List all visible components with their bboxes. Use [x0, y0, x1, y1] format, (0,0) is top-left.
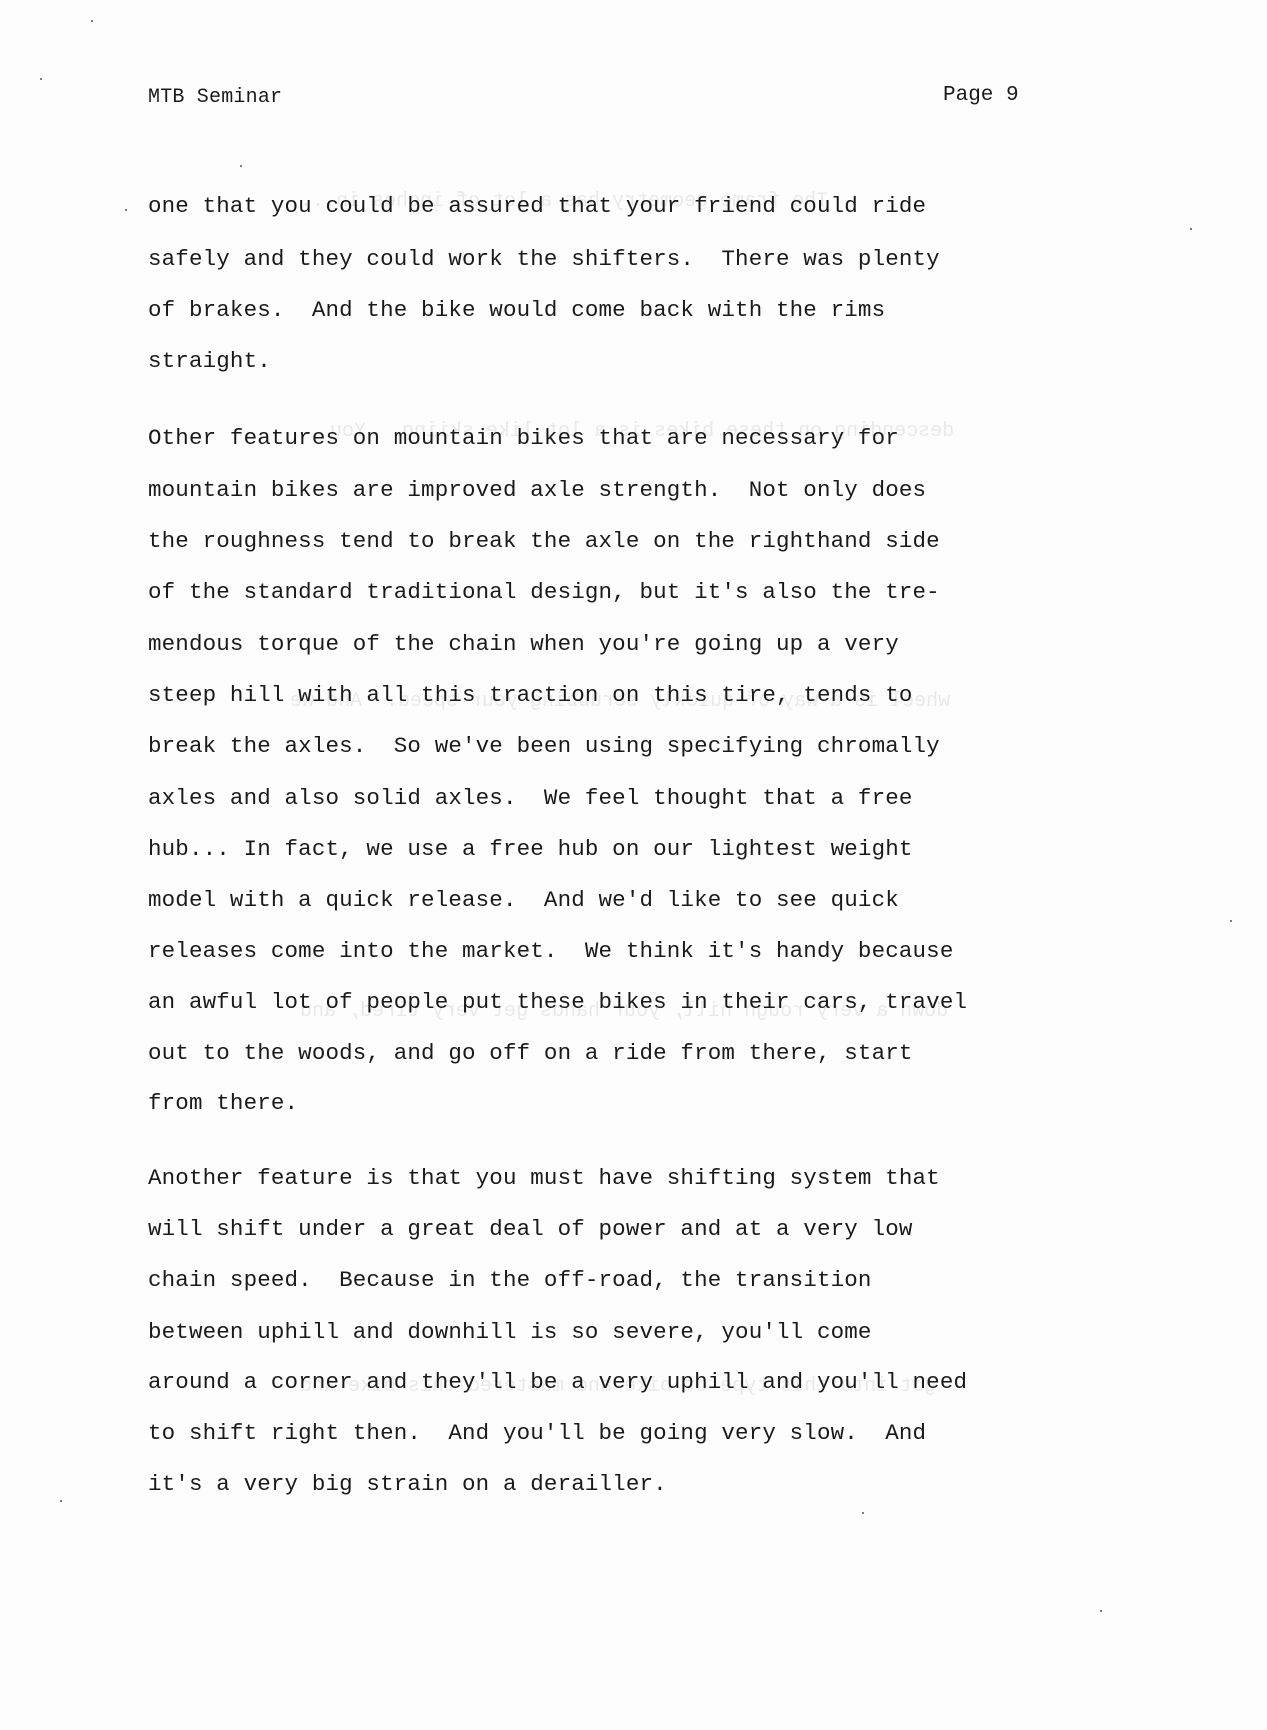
- scan-speck: [60, 1500, 62, 1502]
- text-line: chain speed. Because in the off-road, th…: [148, 1267, 872, 1293]
- text-line: it's a very big strain on a derailler.: [148, 1471, 667, 1497]
- page-number: Page 9: [943, 84, 1019, 107]
- scan-speck: [862, 1512, 864, 1514]
- scan-speck: [91, 20, 93, 22]
- text-line: model with a quick release. And we'd lik…: [148, 887, 899, 913]
- text-line: break the axles. So we've been using spe…: [148, 733, 940, 759]
- scan-speck: [1100, 1610, 1102, 1612]
- text-line: to shift right then. And you'll be going…: [148, 1420, 926, 1446]
- text-line: the roughness tend to break the axle on …: [148, 528, 940, 554]
- text-line: straight.: [148, 348, 271, 374]
- scan-speck: [40, 78, 42, 80]
- document-title: MTB Seminar: [148, 86, 282, 109]
- text-line: out to the woods, and go off on a ride f…: [148, 1040, 913, 1066]
- text-line: around a corner and they'll be a very up…: [148, 1369, 967, 1395]
- text-line: hub... In fact, we use a free hub on our…: [148, 836, 913, 862]
- text-line: Other features on mountain bikes that ar…: [148, 425, 899, 451]
- text-line: between uphill and downhill is so severe…: [148, 1319, 872, 1345]
- text-line: mendous torque of the chain when you're …: [148, 631, 899, 657]
- text-line: will shift under a great deal of power a…: [148, 1216, 913, 1242]
- text-line: an awful lot of people put these bikes i…: [148, 989, 967, 1015]
- text-line: releases come into the market. We think …: [148, 938, 953, 964]
- text-line: one that you could be assured that your …: [148, 193, 926, 219]
- text-line: steep hill with all this traction on thi…: [148, 682, 913, 708]
- text-line: from there.: [148, 1090, 298, 1116]
- text-line: of brakes. And the bike would come back …: [148, 297, 885, 323]
- scan-speck: [125, 209, 127, 211]
- scan-speck: [1230, 920, 1232, 922]
- text-line: axles and also solid axles. We feel thou…: [148, 785, 913, 811]
- text-line: Another feature is that you must have sh…: [148, 1165, 940, 1191]
- scan-speck: [1190, 228, 1192, 230]
- text-line: mountain bikes are improved axle strengt…: [148, 477, 926, 503]
- text-line: safely and they could work the shifters.…: [148, 246, 940, 272]
- text-line: of the standard traditional design, but …: [148, 579, 940, 605]
- scan-speck: [240, 165, 242, 167]
- document-page: The frame geometry has a lot of inches i…: [0, 0, 1267, 1730]
